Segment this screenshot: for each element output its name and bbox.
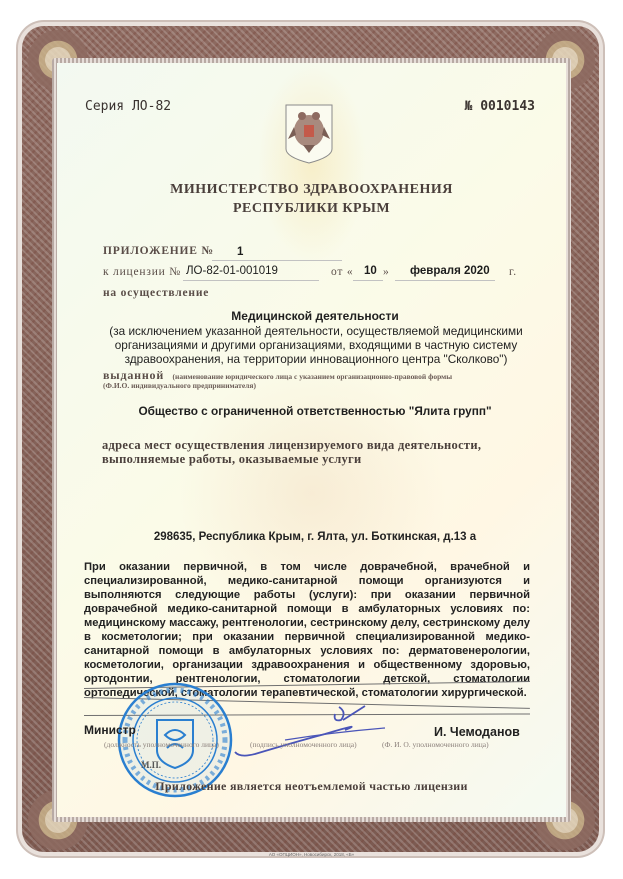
issued-hint-line-2: (Ф.И.О. индивидуального предпринимателя) bbox=[103, 381, 256, 390]
appendix-label: ПРИЛОЖЕНИЕ № bbox=[103, 245, 214, 257]
license-month-year: февраля 2020 bbox=[410, 265, 490, 277]
signatory-role: Министр bbox=[84, 723, 136, 737]
form-number: № 0010143 bbox=[465, 99, 535, 114]
caption-signature: (подпись уполномоченного лица) bbox=[250, 740, 357, 749]
date-from-label: от « bbox=[331, 266, 353, 278]
handwritten-signature-icon bbox=[215, 702, 425, 762]
addresses-heading: адреса мест осуществления лицензируемого… bbox=[102, 438, 481, 466]
caption-name: (Ф. И. О. уполномоченного лица) bbox=[382, 740, 489, 749]
ministry-title-line-2: РЕСПУБЛИКИ КРЫМ bbox=[0, 201, 623, 217]
issued-hint-line-1: (наименование юридического лица с указан… bbox=[173, 372, 453, 381]
activity-address: 298635, Республика Крым, г. Ялта, ул. Бо… bbox=[80, 531, 550, 543]
appendix-number: 1 bbox=[237, 246, 243, 258]
ministry-title-line-1: МИНИСТЕРСТВО ЗДРАВООХРАНЕНИЯ bbox=[0, 182, 623, 198]
license-label: к лицензии № bbox=[103, 266, 181, 278]
printer-imprint: АО «ОПЦИОН», Новосибирск, 2018, «Б» bbox=[0, 852, 623, 857]
license-day: 10 bbox=[364, 265, 377, 277]
caption-position: (должность уполномоченного лица) bbox=[104, 740, 219, 749]
activity-clarification: (за исключением указанной деятельности, … bbox=[78, 324, 554, 366]
addresses-heading-line-2: выполняемые работы, оказываемые услуги bbox=[102, 452, 481, 466]
footer-note: Приложение является неотъемлемой частью … bbox=[0, 779, 623, 794]
activity-title: Медицинской деятельности bbox=[80, 309, 550, 323]
organization-name: Общество с ограниченной ответственностью… bbox=[80, 404, 550, 418]
coat-of-arms-icon bbox=[284, 103, 334, 165]
license-underline bbox=[183, 280, 319, 281]
signatory-name: И. Чемоданов bbox=[434, 725, 520, 739]
license-number: ЛО-82-01-001019 bbox=[186, 265, 278, 277]
addresses-heading-line-1: адреса мест осуществления лицензируемого… bbox=[102, 438, 481, 452]
month-underline bbox=[395, 280, 495, 281]
day-underline bbox=[353, 280, 383, 281]
seal-place-label: М.П. bbox=[141, 760, 161, 770]
appendix-underline bbox=[212, 260, 342, 261]
year-suffix: г. bbox=[509, 266, 517, 278]
date-close-quote: » bbox=[383, 266, 390, 278]
issued-label: выданной bbox=[103, 368, 164, 382]
purpose-label: на осуществление bbox=[103, 287, 209, 299]
services-list: При оказании первичной, в том числе довр… bbox=[84, 560, 530, 700]
series-label: Серия ЛО-82 bbox=[85, 99, 171, 114]
